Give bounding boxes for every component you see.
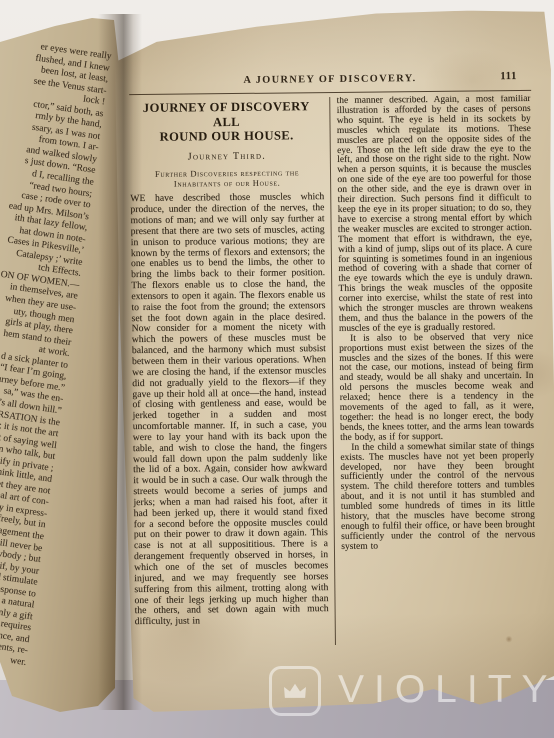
running-head: A JOURNEY OF DISCOVERY. — [129, 72, 531, 87]
paragraph: the manner described. Again, a most fami… — [337, 95, 533, 335]
book-page: A JOURNEY OF DISCOVERY. 111 JOURNEY OF D… — [106, 10, 554, 715]
article-title-line2: ROUND OUR HOUSE. — [130, 128, 324, 145]
left-column: JOURNEY OF DISCOVERY ALL ROUND OUR HOUSE… — [129, 97, 329, 659]
previous-page-text: er eyes were reallyflushed, and I knewbe… — [0, 20, 112, 669]
paragraph: WE have described those muscles which pr… — [130, 192, 329, 628]
right-column: the manner described. Again, a most fami… — [337, 95, 537, 657]
paragraph: It is also to be observed that very nice… — [339, 333, 534, 444]
column-divider — [329, 97, 336, 645]
book-gutter-shadow — [98, 14, 142, 710]
page-header: A JOURNEY OF DISCOVERY. 111 — [129, 72, 531, 90]
article-title-line1: JOURNEY OF DISCOVERY ALL — [129, 99, 323, 130]
header-rule — [129, 90, 531, 95]
article-title: JOURNEY OF DISCOVERY ALL ROUND OUR HOUSE… — [129, 99, 323, 145]
text-columns: JOURNEY OF DISCOVERY ALL ROUND OUR HOUSE… — [129, 95, 537, 659]
section-heading: Further Discoveries respecting the Inhab… — [130, 167, 324, 190]
page-content: A JOURNEY OF DISCOVERY. 111 JOURNEY OF D… — [129, 60, 537, 659]
left-column-text: WE have described those muscles which pr… — [130, 192, 329, 628]
photo-of-open-book: er eyes were reallyflushed, and I knewbe… — [0, 0, 554, 738]
right-column-text: the manner described. Again, a most fami… — [337, 95, 536, 553]
page-number: 111 — [500, 70, 517, 82]
chapter-heading: Journey Third. — [130, 150, 324, 163]
paragraph: In the child a somewhat similar state of… — [340, 442, 535, 553]
